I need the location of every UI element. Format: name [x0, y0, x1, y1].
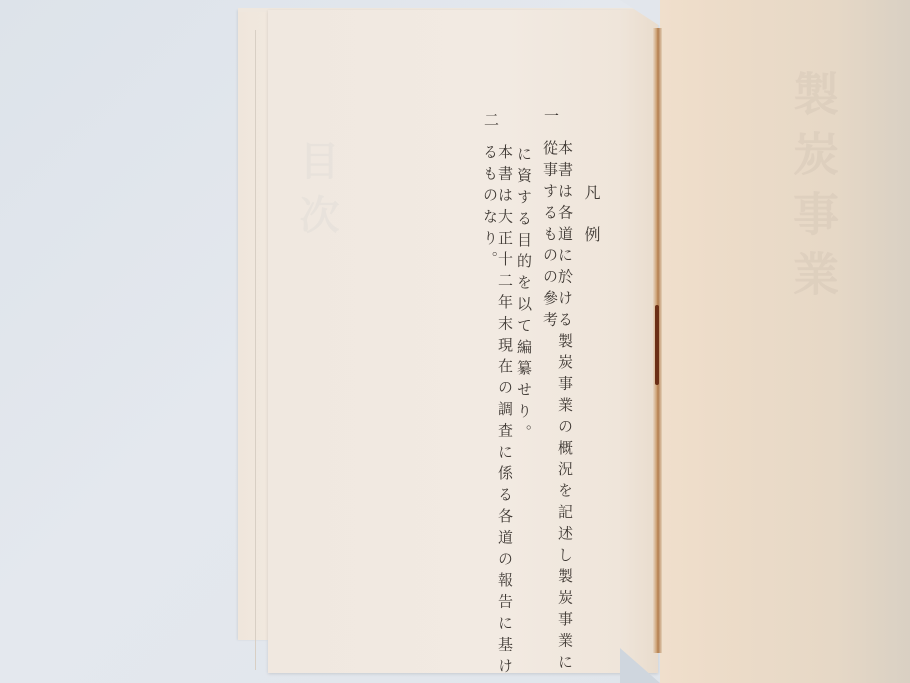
- spine-tear: [655, 305, 659, 385]
- item-2-line-1: 本書は大正十二年末現在の調査に係る各道の報告に基けるものなり。: [482, 144, 512, 683]
- background-corner-top: [620, 0, 660, 26]
- page-edge-line: [255, 30, 256, 670]
- background-corner-bottom: [620, 648, 660, 683]
- item-1-line-1: 本書は各道に於ける製炭事業の概況を記述し製炭事業に從事するものの參考: [542, 140, 572, 683]
- left-page: [268, 10, 658, 673]
- item-1-marker: 一: [543, 108, 558, 129]
- underlying-page-edge: [238, 10, 268, 640]
- book-photo: 製炭事業 目次 凡例 一 本書は各道に於ける製炭事業の概況を記述し製炭事業に從事…: [0, 0, 910, 683]
- item-2-marker: 二: [483, 112, 498, 133]
- page-heading: 凡例: [583, 184, 599, 268]
- item-1-line-2: に資する目的を以て編纂せり。: [516, 146, 531, 446]
- right-page-show-through: 製炭事業: [780, 70, 846, 310]
- left-page-show-through: 目次: [288, 140, 345, 248]
